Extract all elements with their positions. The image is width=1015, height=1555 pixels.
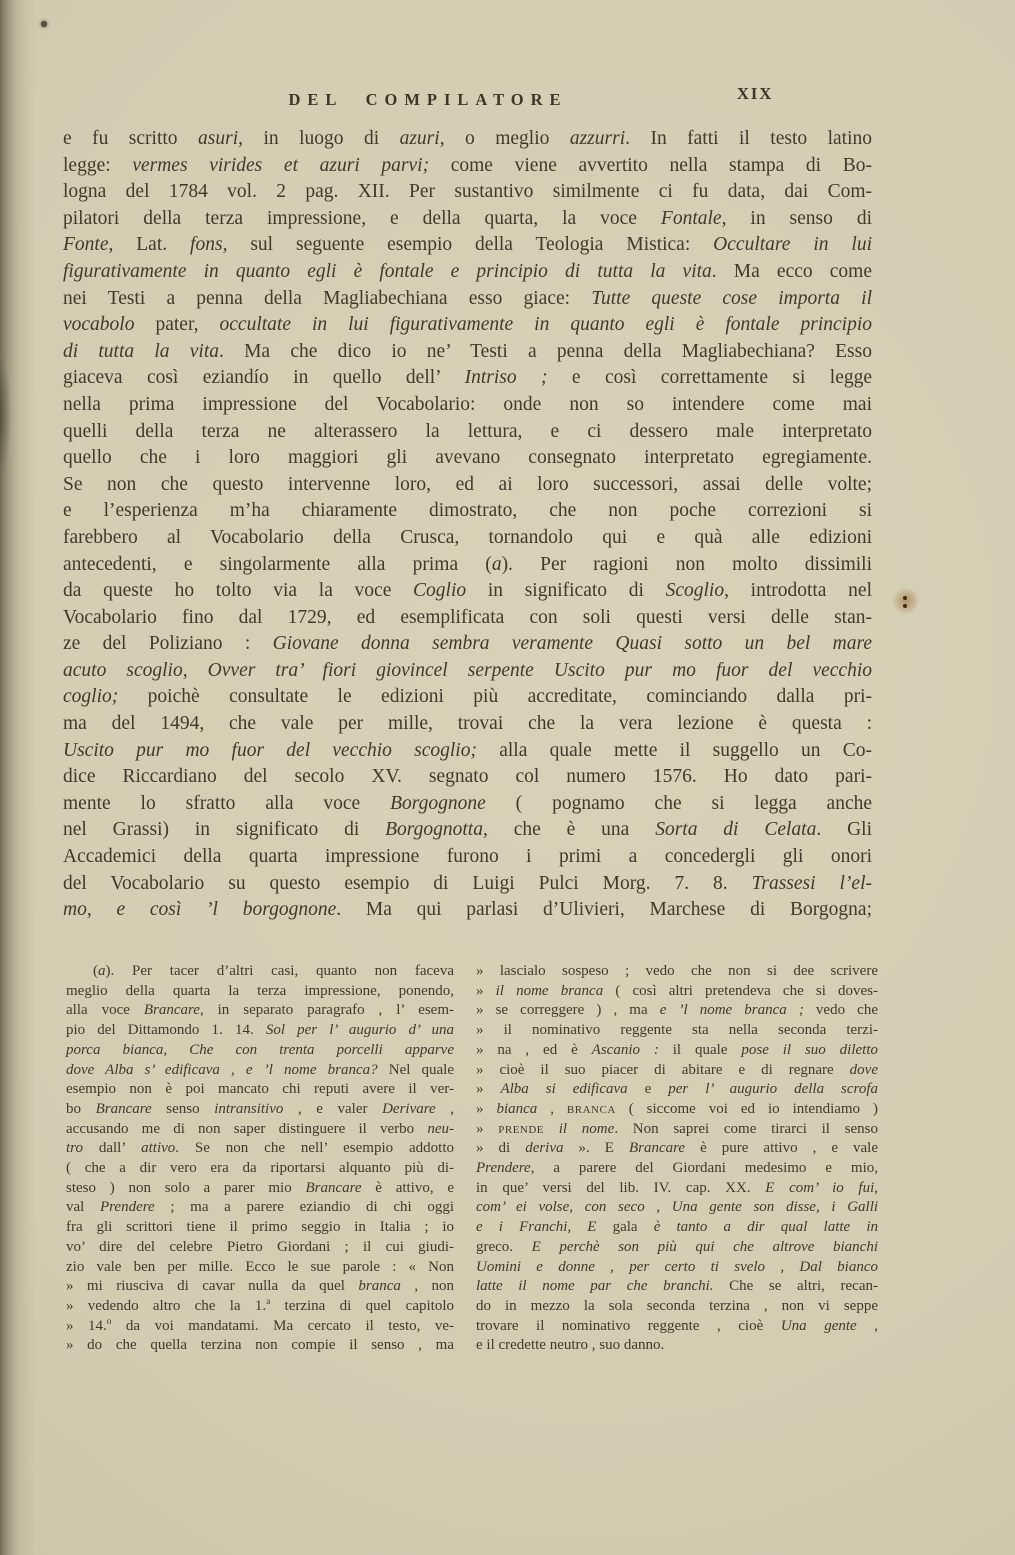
text-segment: in que’ versi del lib. IV. cap. XX.	[476, 1180, 765, 1196]
text-line: dove Alba s’ edificava , e ’l nome branc…	[66, 1061, 454, 1081]
text-segment: Nel quale	[378, 1062, 454, 1078]
text-segment: Accademici della quarta impressione furo…	[63, 846, 872, 867]
text-line: nei Testi a penna della Magliabechiana e…	[63, 286, 872, 313]
text-line: Fonte, Lat. fons, sul seguente esempio d…	[63, 232, 872, 259]
text-segment: farebbero al Vocabolario della Crusca, t…	[63, 527, 872, 548]
text-line: » Alba si edificava e per l’ augurio del…	[476, 1080, 878, 1100]
text-segment: azzurri	[570, 128, 625, 149]
text-segment: Brancare	[629, 1140, 685, 1156]
text-segment: Occultare in lui	[713, 234, 872, 255]
text-segment: Ascanio :	[592, 1042, 659, 1058]
text-segment: Brancare	[144, 1002, 200, 1018]
text-segment: mente lo sfratto alla voce	[63, 793, 390, 814]
text-segment: » di	[476, 1140, 525, 1156]
text-segment: pilatori della terza impressione, e dell…	[63, 208, 661, 229]
text-line: porca bianca, Che con trenta porcelli ap…	[66, 1041, 454, 1061]
text-line: quelli della terza ne alterassero la let…	[63, 419, 872, 446]
text-segment: » do che quella terzina non compie il se…	[66, 1337, 454, 1353]
text-line: accusando me di non saper distinguere il…	[66, 1120, 454, 1140]
text-line: » prende il nome. Non saprei come tirarc…	[476, 1120, 878, 1140]
text-segment: fons	[190, 234, 223, 255]
text-segment: dall’	[83, 1140, 141, 1156]
text-segment: figurativamente in quanto egli è fontale…	[63, 261, 712, 282]
text-line: mente lo sfratto alla voce Borgognone ( …	[63, 791, 872, 818]
text-segment: com’ ei volse, con seco	[476, 1199, 645, 1215]
text-line: greco. E perchè son più qui che altrove …	[476, 1238, 878, 1258]
text-segment: Alba si edificava	[500, 1081, 627, 1097]
text-line: meglio della quarta la terza impressione…	[66, 982, 454, 1002]
text-line: » vedendo altro che la 1.a terzina di qu…	[66, 1297, 454, 1317]
text-line: trovare il nominativo reggente , cioè Un…	[476, 1317, 878, 1337]
text-segment: . In fatti il testo latino	[625, 128, 872, 149]
text-segment: quello che i loro maggiori gli avevano c…	[63, 447, 872, 468]
text-line: antecedenti, e singolarmente alla prima …	[63, 552, 872, 579]
text-segment: , a parere del Giordani medesimo e mio,	[531, 1160, 878, 1176]
text-line: tro dall’ attivo. Se non che nell’ esemp…	[66, 1139, 454, 1159]
text-segment: per l’ augurio della scrofa	[668, 1081, 878, 1097]
text-segment: Sorta di Celata	[655, 819, 816, 840]
foxing-dot	[903, 596, 907, 600]
text-segment: Fonte	[63, 234, 108, 255]
text-segment: vermes virides et azuri parvi;	[132, 155, 429, 176]
ink-speck	[41, 21, 47, 27]
text-line: da queste ho tolto via la voce Coglio in…	[63, 578, 872, 605]
text-segment: ,	[857, 1318, 878, 1334]
text-segment: Una gente son disse, i Galli	[672, 1199, 878, 1215]
text-segment: »	[476, 1121, 498, 1137]
text-segment: , introdotta nel	[724, 580, 872, 601]
text-segment: nella prima impressione del Vocabolario:…	[63, 394, 872, 415]
text-segment: . Non saprei come tirarci il senso	[614, 1121, 878, 1137]
text-line: dice Riccardiano del secolo XV. segnato …	[63, 764, 872, 791]
text-segment: del Vocabolario su questo esempio di Lui…	[63, 873, 752, 894]
text-segment: a	[98, 963, 106, 979]
text-segment: , che è una	[483, 819, 655, 840]
text-segment: ( così altri pretendeva che si doves-	[603, 983, 878, 999]
foxing-dot	[903, 604, 907, 608]
text-segment: e l’esperienza m’ha chiaramente dimostra…	[63, 500, 872, 521]
text-segment: Borgognotta	[385, 819, 483, 840]
text-line: » bianca , branca ( siccome voi ed io in…	[476, 1100, 878, 1120]
text-segment: steso ) non solo a parer mio	[66, 1180, 305, 1196]
text-segment: in significato di	[466, 580, 665, 601]
text-segment: Derivare	[382, 1101, 436, 1117]
text-line: » 14.o da voi mandatami. Ma cercato il t…	[66, 1317, 454, 1337]
text-segment: Prendere	[100, 1199, 155, 1215]
text-segment: da voi mandatami. Ma cercato il testo, v…	[111, 1318, 454, 1334]
text-segment: ma del 1494, che vale per mille, trovai …	[63, 713, 872, 734]
text-line: Uscito pur mo fuor del vecchio scoglio; …	[63, 738, 872, 765]
text-segment: Scoglio	[666, 580, 725, 601]
text-segment: Uomini e donne , per certo ti svelo , Da…	[476, 1259, 878, 1275]
text-segment: ; ma a parere eziandio di chi oggi	[155, 1199, 454, 1215]
text-segment: ). Per ragioni non molto dissimili	[502, 554, 872, 575]
text-segment: vocabolo	[63, 314, 155, 335]
footnote-right-column: » lascialo sospeso ; vedo che non si dee…	[476, 962, 878, 1356]
text-segment: » vedendo altro che la 1.	[66, 1298, 266, 1314]
text-segment: azuri	[400, 128, 440, 149]
text-segment: neu-	[427, 1121, 454, 1137]
text-segment: poichè consultate le edizioni più accred…	[118, 686, 872, 707]
text-segment: dice Riccardiano del secolo XV. segnato …	[63, 766, 872, 787]
text-line: steso ) non solo a parer mio Brancare è …	[66, 1179, 454, 1199]
text-segment: e	[628, 1081, 669, 1097]
text-segment: ,	[537, 1101, 567, 1117]
text-line: » mi riusciva di cavar nulla da quel bra…	[66, 1277, 454, 1297]
binding-gutter-shadow	[0, 0, 36, 1555]
text-segment: quelli della terza ne alterassero la let…	[63, 421, 872, 442]
text-segment: deriva	[525, 1140, 563, 1156]
text-segment: » mi riusciva di cavar nulla da quel	[66, 1278, 358, 1294]
text-segment: val	[66, 1199, 100, 1215]
text-segment: »	[476, 1081, 500, 1097]
text-segment: terzina di quel capitolo	[270, 1298, 454, 1314]
text-line: bo Brancare senso intransitivo , e valer…	[66, 1100, 454, 1120]
text-line: ma del 1494, che vale per mille, trovai …	[63, 711, 872, 738]
text-segment: , sul seguente esempio della Teologia Mi…	[223, 234, 714, 255]
text-segment: , in separato paragrafo , l’ esem-	[200, 1002, 454, 1018]
text-segment: il nome	[559, 1121, 615, 1137]
text-segment: Se non che questo intervenne loro, ed ai…	[63, 474, 872, 495]
text-line: zio vale ben per mille. Ecco le sue paro…	[66, 1258, 454, 1278]
text-line: mo, e così ’l borgognone. Ma qui parlasi…	[63, 897, 872, 924]
text-segment: branca	[567, 1101, 616, 1117]
text-segment: Che se altri, recan-	[714, 1278, 878, 1294]
text-segment: Brancare	[96, 1101, 152, 1117]
text-line: Prendere, a parere del Giordani medesimo…	[476, 1159, 878, 1179]
text-line: e fu scritto asuri, in luogo di azuri, o…	[63, 126, 872, 153]
text-line: e i Franchi, E gala è tanto a dir qual l…	[476, 1218, 878, 1238]
text-segment: alla quale mette il suggello un Co-	[477, 740, 872, 761]
text-segment: asuri	[198, 128, 238, 149]
text-line: in que’ versi del lib. IV. cap. XX. E co…	[476, 1179, 878, 1199]
text-line: Se non che questo intervenne loro, ed ai…	[63, 472, 872, 499]
text-line: nel Grassi) in significato di Borgognott…	[63, 817, 872, 844]
text-line: vocabolo pater, occultate in lui figurat…	[63, 312, 872, 339]
text-line: del Vocabolario su questo esempio di Lui…	[63, 871, 872, 898]
text-line: e il credette neutro , suo danno.	[476, 1336, 878, 1356]
text-line: logna del 1784 vol. 2 pag. XII. Per sust…	[63, 179, 872, 206]
text-segment: , o meglio	[440, 128, 570, 149]
text-line: acuto scoglio, Ovver tra’ fiori giovince…	[63, 658, 872, 685]
text-segment: pose il suo diletto	[741, 1042, 878, 1058]
text-segment: e così correttamente si legge	[548, 367, 873, 388]
text-line: » di deriva ». E Brancare è pure attivo …	[476, 1139, 878, 1159]
footnote-block: (a). Per tacer d’altri casi, quanto non …	[66, 962, 878, 1356]
text-line: pio del Dittamondo 1. 14. Sol per l’ aug…	[66, 1021, 454, 1041]
text-segment: da queste ho tolto via la voce	[63, 580, 413, 601]
text-segment: ( siccome voi ed io intendiamo )	[616, 1101, 878, 1117]
text-line: (a). Per tacer d’altri casi, quanto non …	[66, 962, 454, 982]
text-line: Accademici della quarta impressione furo…	[63, 844, 872, 871]
text-segment: attivo	[141, 1140, 175, 1156]
text-line: quello che i loro maggiori gli avevano c…	[63, 445, 872, 472]
text-line: ( che a dir vero era da riportarsi alqua…	[66, 1159, 454, 1179]
text-segment: latte il nome par che branchi.	[476, 1278, 714, 1294]
text-segment: greco.	[476, 1239, 532, 1255]
text-segment: esempio non è poi mancato chi reputi ave…	[66, 1081, 454, 1097]
text-segment: . Ma qui parlasi d’Ulivieri, Marchese di…	[336, 899, 872, 920]
text-line: coglio; poichè consultate le edizioni pi…	[63, 684, 872, 711]
text-segment: , Lat.	[108, 234, 190, 255]
text-segment: Uscito pur mo fuor del vecchio scoglio;	[63, 740, 477, 761]
text-line: ze del Poliziano : Giovane donna sembra …	[63, 631, 872, 658]
text-segment: . Ma che dico io ne’ Testi a penna della…	[219, 341, 872, 362]
text-segment: ( pognamo che si legga anche	[486, 793, 872, 814]
text-line: » se correggere ) , ma e ’l nome branca …	[476, 1001, 878, 1021]
text-segment: pio del Dittamondo 1. 14.	[66, 1022, 266, 1038]
text-segment: Borgognone	[390, 793, 486, 814]
text-segment: » se correggere ) , ma	[476, 1002, 660, 1018]
text-segment: , non	[401, 1278, 454, 1294]
text-segment: vedo che	[804, 1002, 878, 1018]
text-segment: » na , ed è	[476, 1042, 592, 1058]
text-line: » cioè il suo piacer di abitare e di reg…	[476, 1061, 878, 1081]
text-segment: Trassesi l’el-	[752, 873, 872, 894]
text-segment: Fontale	[661, 208, 722, 229]
text-segment: dove	[850, 1062, 878, 1078]
text-segment: è tanto a dir qual latte in	[654, 1219, 878, 1235]
text-segment: »	[476, 983, 496, 999]
page-number: XIX	[737, 84, 773, 104]
text-line: » lascialo sospeso ; vedo che non si dee…	[476, 962, 878, 982]
text-line: alla voce Brancare, in separato paragraf…	[66, 1001, 454, 1021]
text-line: com’ ei volse, con seco , Una gente son …	[476, 1198, 878, 1218]
text-segment: ,	[645, 1199, 672, 1215]
text-segment: Prendere	[476, 1160, 531, 1176]
text-segment: Giovane donna sembra veramente Quasi sot…	[273, 633, 872, 654]
text-segment: . Gli	[816, 819, 872, 840]
text-segment: prende	[498, 1121, 544, 1137]
text-segment: è attivo, e	[362, 1180, 454, 1196]
text-line: e l’esperienza m’ha chiaramente dimostra…	[63, 498, 872, 525]
text-segment: e ’l nome branca ;	[660, 1002, 804, 1018]
running-title: DEL COMPILATORE	[278, 90, 578, 110]
text-line: » il nominativo reggente sta nella secon…	[476, 1021, 878, 1041]
text-segment: ze del Poliziano :	[63, 633, 273, 654]
text-segment: , e valer	[283, 1101, 382, 1117]
text-segment: antecedenti, e singolarmente alla prima …	[63, 554, 492, 575]
text-segment: Una gente	[781, 1318, 857, 1334]
text-line: vo’ dire del celebre Pietro Giordani ; i…	[66, 1238, 454, 1258]
text-segment: acuto scoglio, Ovver tra’ fiori giovince…	[63, 660, 872, 681]
text-line: Vocabolario fino dal 1729, ed esemplific…	[63, 605, 872, 632]
text-segment: pater,	[155, 314, 219, 335]
text-segment: nel Grassi) in significato di	[63, 819, 385, 840]
text-segment: ,	[436, 1101, 454, 1117]
text-line: pilatori della terza impressione, e dell…	[63, 206, 872, 233]
text-segment: zio vale ben per mille. Ecco le sue paro…	[66, 1259, 454, 1275]
text-segment: giaceva così eziandío in quello dell’	[63, 367, 465, 388]
main-text-block: e fu scritto asuri, in luogo di azuri, o…	[63, 126, 872, 924]
text-segment: Sol per l’ augurio d’ una	[266, 1022, 454, 1038]
text-segment: fra gli scrittori tiene il primo seggio …	[66, 1219, 454, 1235]
text-line: » na , ed è Ascanio : il quale pose il s…	[476, 1041, 878, 1061]
text-line: » il nome branca ( così altri pretendeva…	[476, 982, 878, 1002]
text-segment: dove Alba s’ edificava , e ’l nome branc…	[66, 1062, 378, 1078]
text-segment	[544, 1121, 559, 1137]
text-segment: . Se non che nell’ esempio addotto	[175, 1140, 454, 1156]
text-segment: . Ma ecco come	[712, 261, 872, 282]
text-line: val Prendere ; ma a parere eziandio di c…	[66, 1198, 454, 1218]
text-segment: Tutte queste cose importa il	[591, 288, 872, 309]
text-segment: Vocabolario fino dal 1729, ed esemplific…	[63, 607, 872, 628]
text-segment: è pure attivo , e vale	[685, 1140, 878, 1156]
text-line: farebbero al Vocabolario della Crusca, t…	[63, 525, 872, 552]
footnote-left-column: (a). Per tacer d’altri casi, quanto non …	[66, 962, 454, 1356]
text-segment: branca	[358, 1278, 401, 1294]
text-segment: Brancare	[305, 1180, 361, 1196]
text-line: di tutta la vita. Ma che dico io ne’ Tes…	[63, 339, 872, 366]
text-segment: alla voce	[66, 1002, 144, 1018]
text-segment: E perchè son più qui che altrove bianchi	[532, 1239, 878, 1255]
text-segment: coglio;	[63, 686, 118, 707]
text-segment: porca bianca, Che con trenta porcelli ap…	[66, 1042, 454, 1058]
text-segment: , in luogo di	[238, 128, 399, 149]
text-segment: bianca	[496, 1101, 537, 1117]
text-segment: mo, e così ’l borgognone	[63, 899, 336, 920]
text-segment: a	[492, 554, 502, 575]
text-segment: » il nominativo reggente sta nella secon…	[476, 1022, 878, 1038]
text-segment: e il credette neutro , suo danno.	[476, 1337, 664, 1353]
text-segment: Intriso ;	[465, 367, 548, 388]
text-line: esempio non è poi mancato chi reputi ave…	[66, 1080, 454, 1100]
text-line: nella prima impressione del Vocabolario:…	[63, 392, 872, 419]
text-line: figurativamente in quanto egli è fontale…	[63, 259, 872, 286]
text-segment: intransitivo	[214, 1101, 283, 1117]
text-segment: » 14.	[66, 1318, 107, 1334]
foxing-stain	[893, 587, 919, 615]
text-segment: » lascialo sospeso ; vedo che non si dee…	[476, 963, 878, 979]
text-segment: il quale	[659, 1042, 741, 1058]
text-line: do in mezzo la sola seconda terzina , no…	[476, 1297, 878, 1317]
text-segment: trovare il nominativo reggente , cioè	[476, 1318, 781, 1334]
text-segment: ( che a dir vero era da riportarsi alqua…	[66, 1160, 454, 1176]
text-segment: e i Franchi, E	[476, 1219, 596, 1235]
text-segment: il nome branca	[496, 983, 604, 999]
text-segment: E com’ io fui,	[765, 1180, 878, 1196]
text-segment: »	[476, 1101, 496, 1117]
text-segment: occultate in lui figurativamente in quan…	[220, 314, 872, 335]
text-segment: accusando me di non saper distinguere il…	[66, 1121, 427, 1137]
text-line: giaceva così eziandío in quello dell’ In…	[63, 365, 872, 392]
text-segment: , in senso di	[722, 208, 872, 229]
text-segment: tro	[66, 1140, 83, 1156]
text-line: legge: vermes virides et azuri parvi; co…	[63, 153, 872, 180]
text-segment: meglio della quarta la terza impressione…	[66, 983, 454, 999]
text-segment: e fu scritto	[63, 128, 198, 149]
text-segment: ». E	[564, 1140, 629, 1156]
text-segment: do in mezzo la sola seconda terzina , no…	[476, 1298, 878, 1314]
text-segment: nei Testi a penna della Magliabechiana e…	[63, 288, 591, 309]
text-segment: senso	[152, 1101, 215, 1117]
text-line: Uomini e donne , per certo ti svelo , Da…	[476, 1258, 878, 1278]
text-segment: legge:	[63, 155, 132, 176]
text-line: fra gli scrittori tiene il primo seggio …	[66, 1218, 454, 1238]
text-segment: di tutta la vita	[63, 341, 219, 362]
text-segment: logna del 1784 vol. 2 pag. XII. Per sust…	[63, 181, 872, 202]
text-segment: vo’ dire del celebre Pietro Giordani ; i…	[66, 1239, 454, 1255]
text-segment: ). Per tacer d’altri casi, quanto non fa…	[106, 963, 455, 979]
text-segment: come viene avvertito nella stampa di Bo-	[429, 155, 872, 176]
text-segment: » cioè il suo piacer di abitare e di reg…	[476, 1062, 850, 1078]
text-segment: gala	[596, 1219, 653, 1235]
text-segment: Coglio	[413, 580, 466, 601]
text-line: latte il nome par che branchi. Che se al…	[476, 1277, 878, 1297]
scanned-book-page: DEL COMPILATORE XIX e fu scritto asuri, …	[0, 0, 1015, 1555]
text-line: » do che quella terzina non compie il se…	[66, 1336, 454, 1356]
text-segment: bo	[66, 1101, 96, 1117]
